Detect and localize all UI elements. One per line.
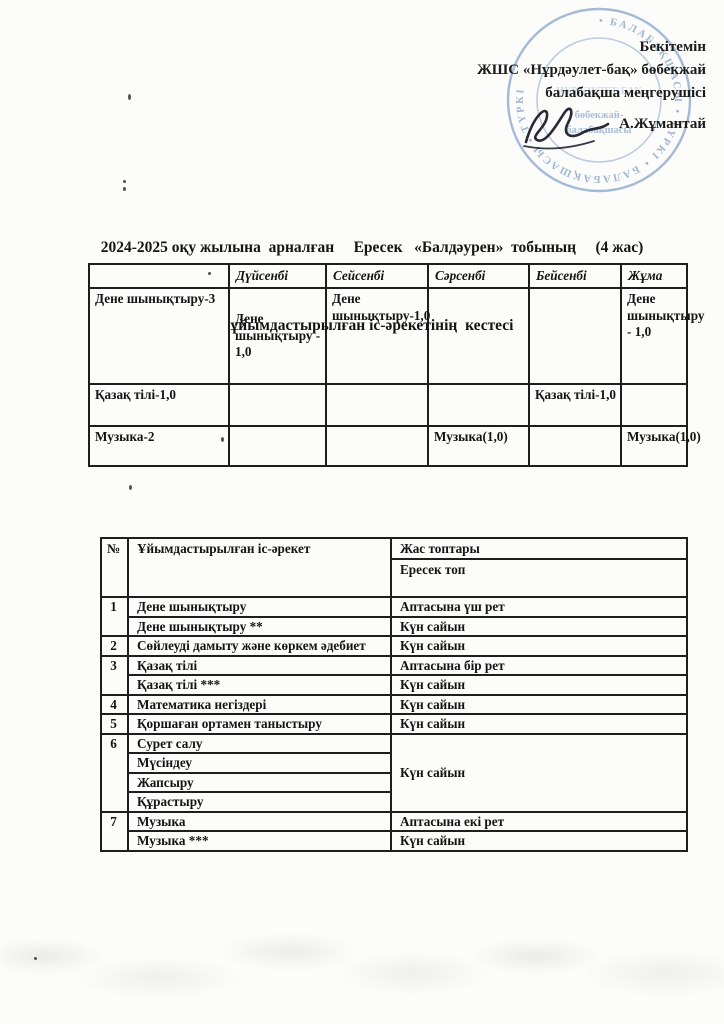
frequency-cell: Күн сайын — [391, 714, 687, 734]
activities-table: № Ұйымдастырылған іс-әрекет Жас топтары … — [100, 537, 688, 852]
activity-cell: Қоршаған ортамен таныстыру — [128, 714, 391, 734]
header-group-name: Ересек топ — [391, 559, 687, 597]
table-row: Музыка *** Күн сайын — [101, 831, 687, 851]
frequency-cell: Күн сайын — [391, 617, 687, 637]
row-number: 7 — [101, 812, 128, 851]
signature — [520, 100, 612, 157]
title-line-2: ұйымдастырылған іс-әрекетінің кестесі — [60, 313, 684, 339]
document-title: 2024-2025 оқу жылына арналған Ересек «Ба… — [60, 183, 684, 391]
table-row: 7 Музыка Аптасына екі рет — [101, 812, 687, 832]
table-row: 2 Сөйлеуді дамыту және көркем әдебиет Кү… — [101, 636, 687, 656]
signature-icon — [520, 100, 612, 152]
header-age-groups: Жас топтары — [391, 538, 687, 559]
frequency-cell: Күн сайын — [391, 831, 687, 851]
schedule-cell — [229, 426, 326, 466]
activity-cell: Қазақ тілі — [128, 656, 391, 676]
approval-line-2: ЖШС «Нұрдәулет-бақ» бөбекжай — [477, 59, 706, 82]
activity-cell: Жапсыру — [128, 773, 391, 793]
table-row: 3 Қазақ тілі Аптасына бір рет — [101, 656, 687, 676]
frequency-cell: Күн сайын — [391, 695, 687, 715]
approval-line-1: Бекітемін — [477, 36, 706, 59]
activity-cell: Құрастыру — [128, 792, 391, 812]
subject-cell: Музыка-2 — [89, 426, 229, 466]
activity-cell: Математика негіздері — [128, 695, 391, 715]
row-number: 3 — [101, 656, 128, 695]
scan-speck — [129, 485, 132, 490]
title-line-1: 2024-2025 оқу жылына арналған Ересек «Ба… — [60, 235, 684, 261]
activity-cell: Дене шынықтыру ** — [128, 617, 391, 637]
schedule-row-music: Музыка-2 Музыка(1,0) Музыка(1,0) — [89, 426, 687, 466]
scan-speck — [34, 957, 37, 960]
schedule-cell: Музыка(1,0) — [428, 426, 529, 466]
row-number: 6 — [101, 734, 128, 812]
header-activity: Ұйымдастырылған іс-әрекет — [128, 538, 391, 597]
schedule-cell — [326, 426, 428, 466]
table-row: Дене шынықтыру ** Күн сайын — [101, 617, 687, 637]
row-number: 5 — [101, 714, 128, 734]
activity-cell: Сөйлеуді дамыту және көркем әдебиет — [128, 636, 391, 656]
activity-cell: Музыка — [128, 812, 391, 832]
activity-cell: Музыка *** — [128, 831, 391, 851]
header-number: № — [101, 538, 128, 597]
frequency-cell: Күн сайын — [391, 636, 687, 656]
table-row: 4 Математика негіздері Күн сайын — [101, 695, 687, 715]
scan-speck — [221, 437, 224, 442]
scanned-document-page: • БАЛАБАҚШАСЫ • ТҮРКІ • БАЛАБАҚШАСЫ • ТҮ… — [0, 0, 724, 1024]
activity-cell: Сурет салу — [128, 734, 391, 754]
scan-noise-band — [0, 926, 724, 1012]
activity-cell: Дене шынықтыру — [128, 597, 391, 617]
schedule-cell: Музыка(1,0) — [621, 426, 687, 466]
row-number: 4 — [101, 695, 128, 715]
table-row: 1 Дене шынықтыру Аптасына үш рет — [101, 597, 687, 617]
activity-cell: Мүсіндеу — [128, 753, 391, 773]
activities-header-row: № Ұйымдастырылған іс-әрекет Жас топтары — [101, 538, 687, 559]
row-number: 2 — [101, 636, 128, 656]
frequency-cell: Күн сайын — [391, 675, 687, 695]
activity-cell: Қазақ тілі *** — [128, 675, 391, 695]
schedule-cell — [529, 426, 621, 466]
frequency-cell: Аптасына екі рет — [391, 812, 687, 832]
frequency-cell: Аптасына бір рет — [391, 656, 687, 676]
table-row: 6 Сурет салу Күн сайын — [101, 734, 687, 754]
table-row: 5 Қоршаған ортамен таныстыру Күн сайын — [101, 714, 687, 734]
table-row: Қазақ тілі *** Күн сайын — [101, 675, 687, 695]
frequency-cell-merged: Күн сайын — [391, 734, 687, 812]
frequency-cell: Аптасына үш рет — [391, 597, 687, 617]
scan-speck — [128, 94, 131, 100]
row-number: 1 — [101, 597, 128, 636]
